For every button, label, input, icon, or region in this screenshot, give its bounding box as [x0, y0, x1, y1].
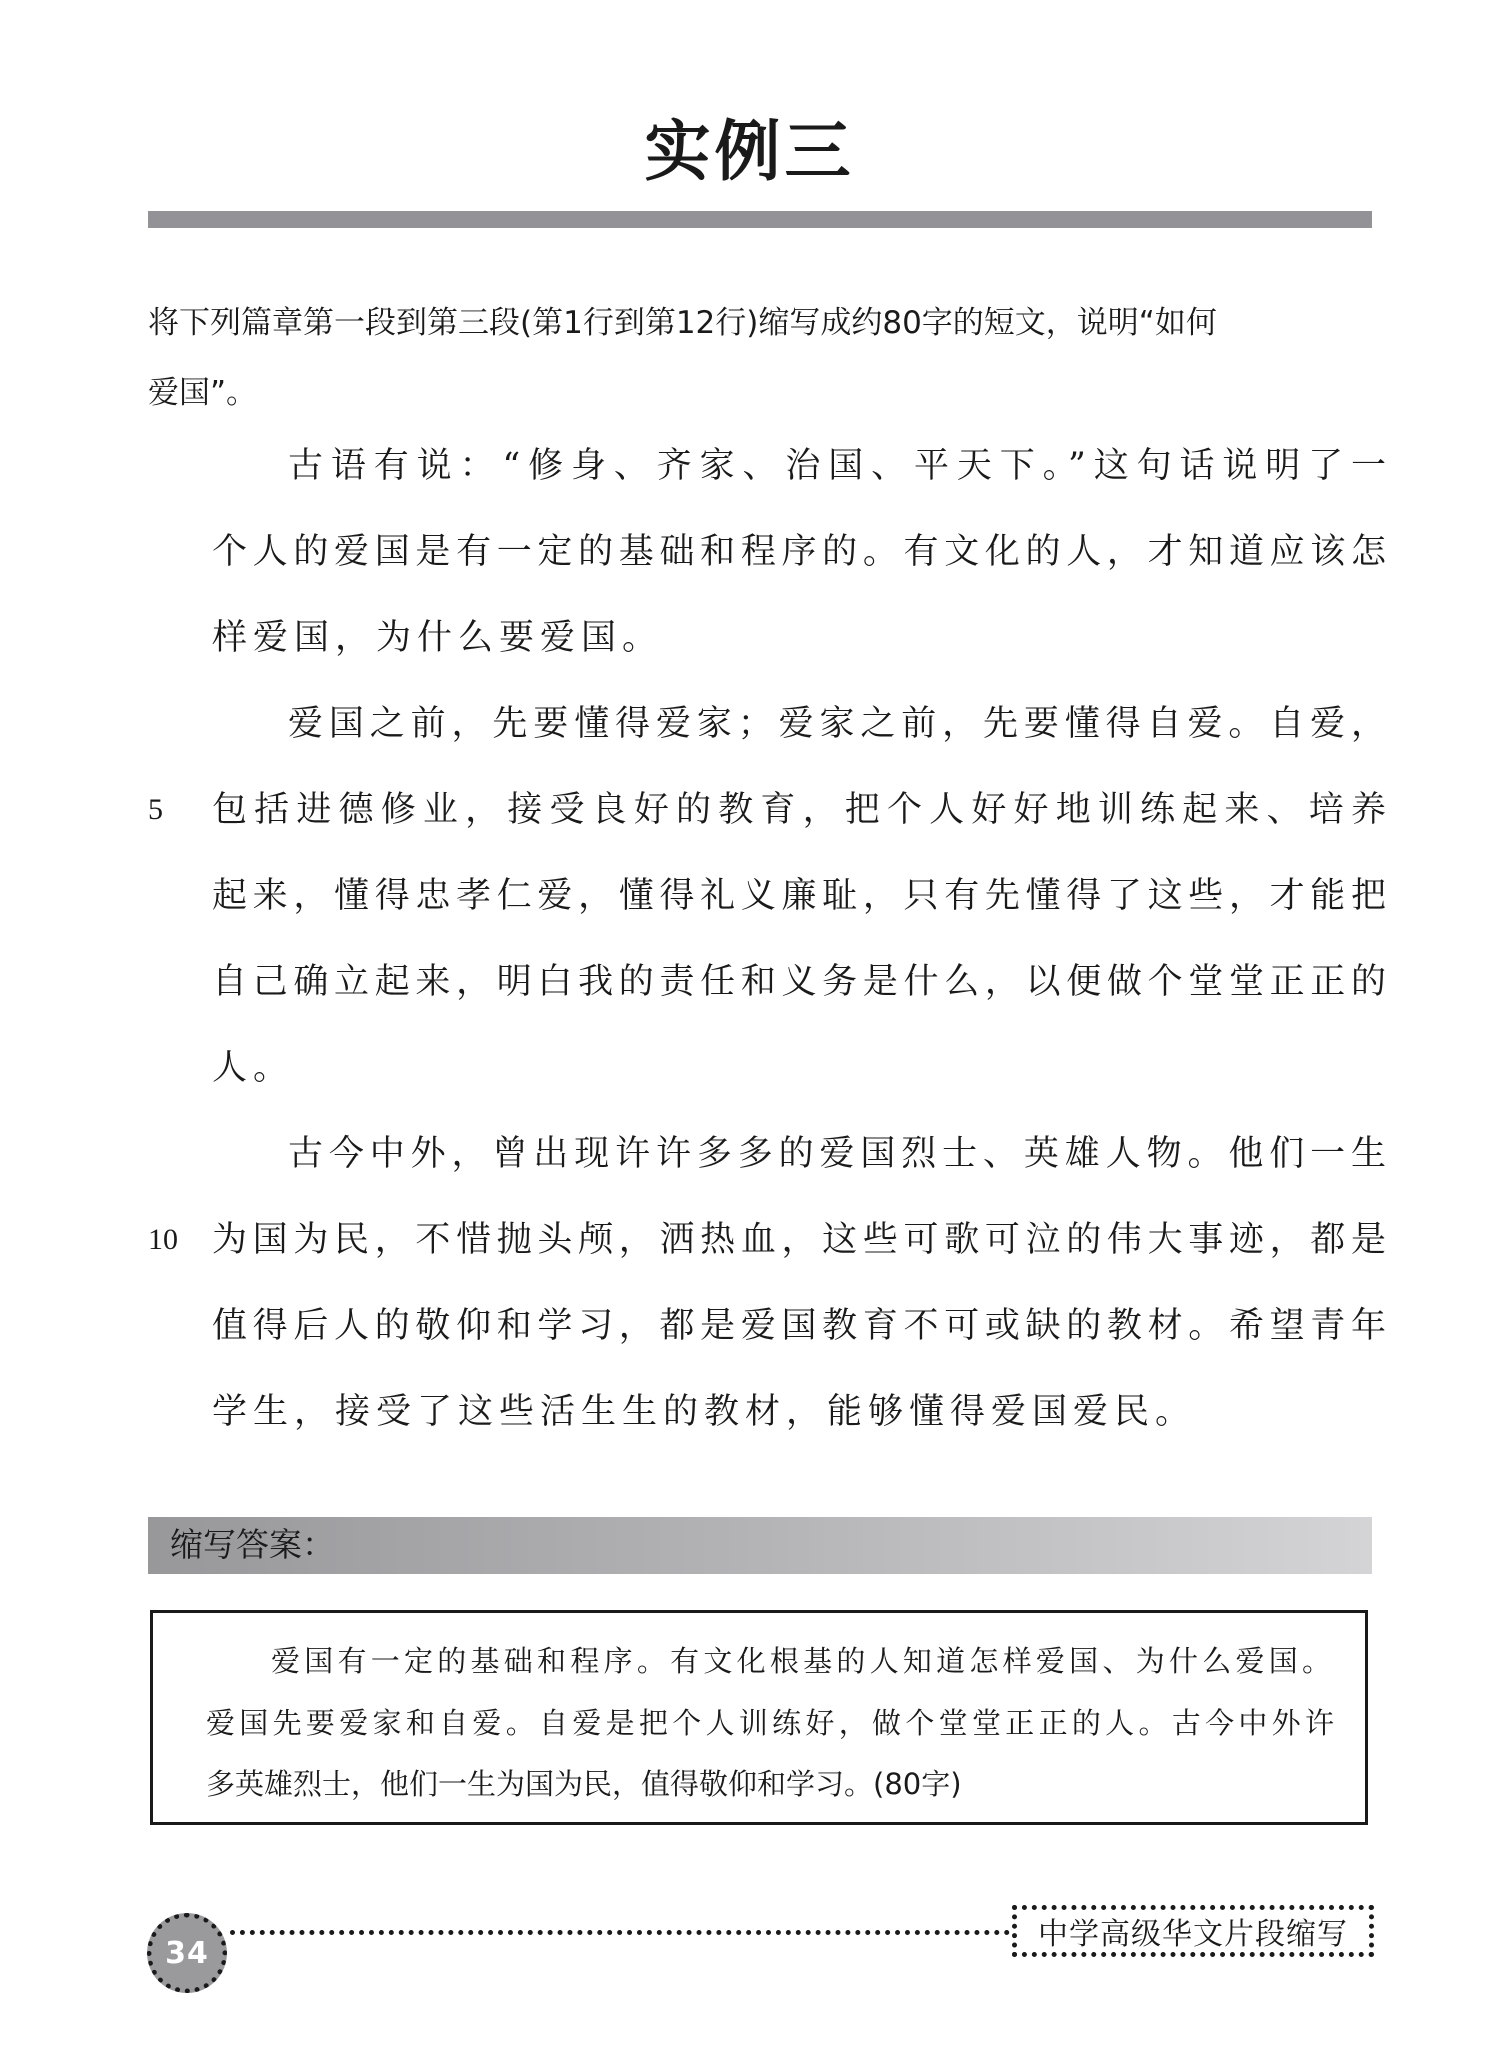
passage-line: 爱国之前，先要懂得爱家；爱家之前，先要懂得自爱。自爱， [148, 694, 1388, 754]
answer-header-label: 缩写答案： [170, 1523, 335, 1567]
line-text: 学生，接受了这些活生生的教材，能够懂得爱国爱民。 [212, 1382, 1386, 1442]
passage-line: 人。 [148, 1038, 1388, 1098]
passage-line: 10 为国为民，不惜抛头颅，洒热血，这些可歌可泣的伟大事迹，都是 [148, 1210, 1388, 1270]
line-text: 古今中外，曾出现许许多多的爱国烈士、英雄人物。他们一生 [288, 1124, 1386, 1184]
instruction-line: 将下列篇章第一段到第三段(第1行到第12行)缩写成约80字的短文，说明“如何 [148, 288, 1378, 358]
line-text: 起来，懂得忠孝仁爱，懂得礼义廉耻，只有先懂得了这些，才能把 [212, 866, 1386, 926]
answer-line: 多英雄烈士，他们一生为国为民，值得敬仰和学习。(80字) [206, 1759, 1418, 1809]
passage-line: 个人的爱国是有一定的基础和程序的。有文化的人，才知道应该怎 [148, 522, 1388, 582]
passage-line: 起来，懂得忠孝仁爱，懂得礼义廉耻，只有先懂得了这些，才能把 [148, 866, 1388, 926]
passage-line: 学生，接受了这些活生生的教材，能够懂得爱国爱民。 [148, 1382, 1388, 1442]
line-text: 个人的爱国是有一定的基础和程序的。有文化的人，才知道应该怎 [212, 522, 1386, 582]
line-text: 爱国之前，先要懂得爱家；爱家之前，先要懂得自爱。自爱， [288, 694, 1386, 754]
line-number: 5 [148, 780, 208, 840]
passage-line: 古语有说：“修身、齐家、治国、平天下。”这句话说明了一 [148, 436, 1388, 496]
instruction-line: 爱国”。 [148, 358, 1378, 428]
page-title: 实例三 [0, 112, 1499, 192]
book-title-box: 中学高级华文片段缩写 [1012, 1905, 1374, 1957]
page-number-badge: 34 [147, 1913, 227, 1993]
answer-box: 爱国有一定的基础和程序。有文化根基的人知道怎样爱国、为什么爱国。 爱国先要爱家和… [150, 1610, 1368, 1825]
line-text: 古语有说：“修身、齐家、治国、平天下。”这句话说明了一 [288, 436, 1386, 496]
dotted-rule [230, 1930, 1010, 1935]
passage-line: 样爱国，为什么要爱国。 [148, 608, 1388, 668]
line-text: 样爱国，为什么要爱国。 [212, 608, 1386, 668]
book-title: 中学高级华文片段缩写 [1038, 1909, 1348, 1953]
line-number: 10 [148, 1210, 208, 1270]
passage-line: 古今中外，曾出现许许多多的爱国烈士、英雄人物。他们一生 [148, 1124, 1388, 1184]
document-page: 实例三 将下列篇章第一段到第三段(第1行到第12行)缩写成约80字的短文，说明“… [0, 0, 1499, 2051]
page-footer: 34 中学高级华文片段缩写 [0, 1900, 1499, 2020]
title-underline-bar [148, 211, 1372, 228]
instruction-text: 将下列篇章第一段到第三段(第1行到第12行)缩写成约80字的短文，说明“如何 爱… [148, 288, 1378, 428]
answer-line: 爱国有一定的基础和程序。有文化根基的人知道怎样爱国、为什么爱国。 [271, 1636, 1331, 1686]
page-number: 34 [165, 1936, 209, 1971]
answer-line: 爱国先要爱家和自爱。自爱是把个人训练好，做个堂堂正正的人。古今中外许 [206, 1698, 1334, 1748]
line-text: 包括进德修业，接受良好的教育，把个人好好地训练起来、培养 [212, 780, 1386, 840]
passage-line: 5 包括进德修业，接受良好的教育，把个人好好地训练起来、培养 [148, 780, 1388, 840]
line-text: 自己确立起来，明白我的责任和义务是什么，以便做个堂堂正正的 [212, 952, 1386, 1012]
line-text: 值得后人的敬仰和学习，都是爱国教育不可或缺的教材。希望青年 [212, 1296, 1386, 1356]
passage-line: 自己确立起来，明白我的责任和义务是什么，以便做个堂堂正正的 [148, 952, 1388, 1012]
line-text: 为国为民，不惜抛头颅，洒热血，这些可歌可泣的伟大事迹，都是 [212, 1210, 1386, 1270]
line-text: 人。 [212, 1038, 1386, 1098]
answer-section-header: 缩写答案： [148, 1517, 1372, 1574]
passage-line: 值得后人的敬仰和学习，都是爱国教育不可或缺的教材。希望青年 [148, 1296, 1388, 1356]
